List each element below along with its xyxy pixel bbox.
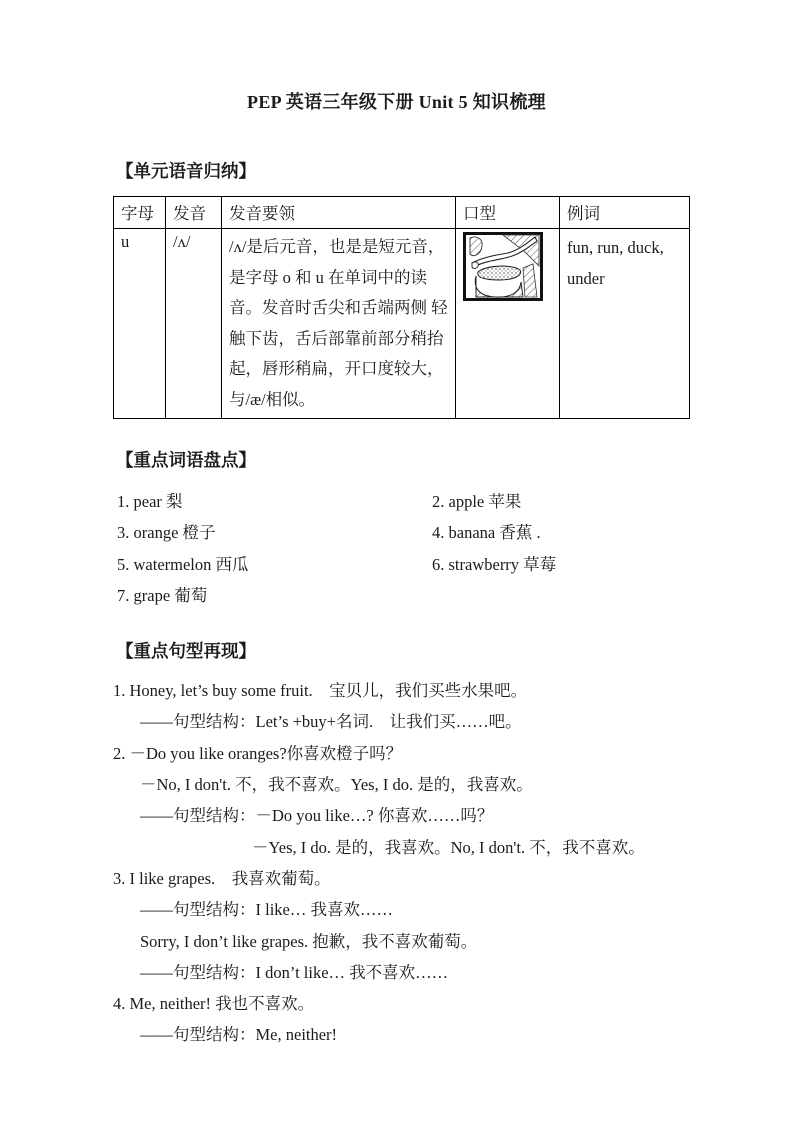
vocab-item-orange: 3. orange 橙子 (117, 517, 432, 548)
section-heading-phonics: 【单元语音归纳】 (116, 158, 793, 183)
sentence-structure-line: ——句型结构：－Do you like…? 你喜欢……吗？ (140, 800, 793, 831)
cell-sound: /ʌ/ (166, 229, 222, 419)
phonics-table-header-row: 字母 发音 发音要领 口型 例词 (114, 197, 690, 229)
sentence-structure-line: ——句型结构：I don’t like… 我不喜欢…… (140, 957, 793, 988)
sentence-structure-line: ——句型结构：Me, neither! (140, 1019, 793, 1050)
cell-mouth-shape (456, 229, 560, 419)
column-header-essentials: 发音要领 (222, 197, 456, 229)
cell-pronunciation-essentials: /ʌ/是后元音，也是是短元音，是字母 o 和 u 在单词中的读音。发音时舌尖和舌… (222, 229, 456, 419)
vocab-item-apple: 2. apple 苹果 (432, 486, 687, 517)
document-page: PEP 英语三年级下册 Unit 5 知识梳理 【单元语音归纳】 字母 发音 发… (0, 0, 793, 1122)
sentence-answer-line: －No, I don't. 不，我不喜欢。Yes, I do. 是的，我喜欢。 (140, 769, 793, 800)
page-title: PEP 英语三年级下册 Unit 5 知识梳理 (0, 0, 793, 114)
vocab-item-grape: 7. grape 葡萄 (117, 580, 432, 611)
sentence-line: 1. Honey, let’s buy some fruit. 宝贝儿，我们买些… (113, 675, 793, 706)
sentence-line: 4. Me, neither! 我也不喜欢。 (113, 988, 793, 1019)
phonics-table-row: u /ʌ/ /ʌ/是后元音，也是是短元音，是字母 o 和 u 在单词中的读音。发… (114, 229, 690, 419)
vocab-item-watermelon: 5. watermelon 西瓜 (117, 549, 432, 580)
sentence-line: 3. I like grapes. 我喜欢葡萄。 (113, 863, 793, 894)
vocab-item-pear: 1. pear 梨 (117, 486, 432, 517)
sentence-line: 2. －Do you like oranges?你喜欢橙子吗？ (113, 738, 793, 769)
mouth-sagittal-diagram-icon (463, 232, 552, 301)
sentence-line: Sorry, I don’t like grapes. 抱歉，我不喜欢葡萄。 (140, 926, 793, 957)
sentence-pattern-list: 1. Honey, let’s buy some fruit. 宝贝儿，我们买些… (113, 675, 793, 1051)
column-header-mouth-shape: 口型 (456, 197, 560, 229)
column-header-sound: 发音 (166, 197, 222, 229)
sentence-structure-line: ——句型结构：Let’s +buy+名词. 让我们买……吧。 (140, 706, 793, 737)
cell-example-words: fun, run, duck, under (560, 229, 690, 419)
phonics-table: 字母 发音 发音要领 口型 例词 u /ʌ/ /ʌ/是后元音，也是是短元音，是字… (113, 196, 690, 419)
section-heading-vocab: 【重点词语盘点】 (116, 447, 793, 472)
vocab-item-banana: 4. banana 香蕉 . (432, 517, 687, 548)
vocab-list: 1. pear 梨 2. apple 苹果 3. orange 橙子 4. ba… (117, 486, 687, 611)
sentence-structure-answer-line: －Yes, I do. 是的，我喜欢。No, I don't. 不，我不喜欢。 (252, 832, 793, 863)
vocab-item-strawberry: 6. strawberry 草莓 (432, 549, 687, 580)
column-header-letter: 字母 (114, 197, 166, 229)
section-heading-sentences: 【重点句型再现】 (116, 638, 793, 663)
column-header-examples: 例词 (560, 197, 690, 229)
cell-letter: u (114, 229, 166, 419)
sentence-structure-line: ——句型结构：I like… 我喜欢…… (140, 894, 793, 925)
